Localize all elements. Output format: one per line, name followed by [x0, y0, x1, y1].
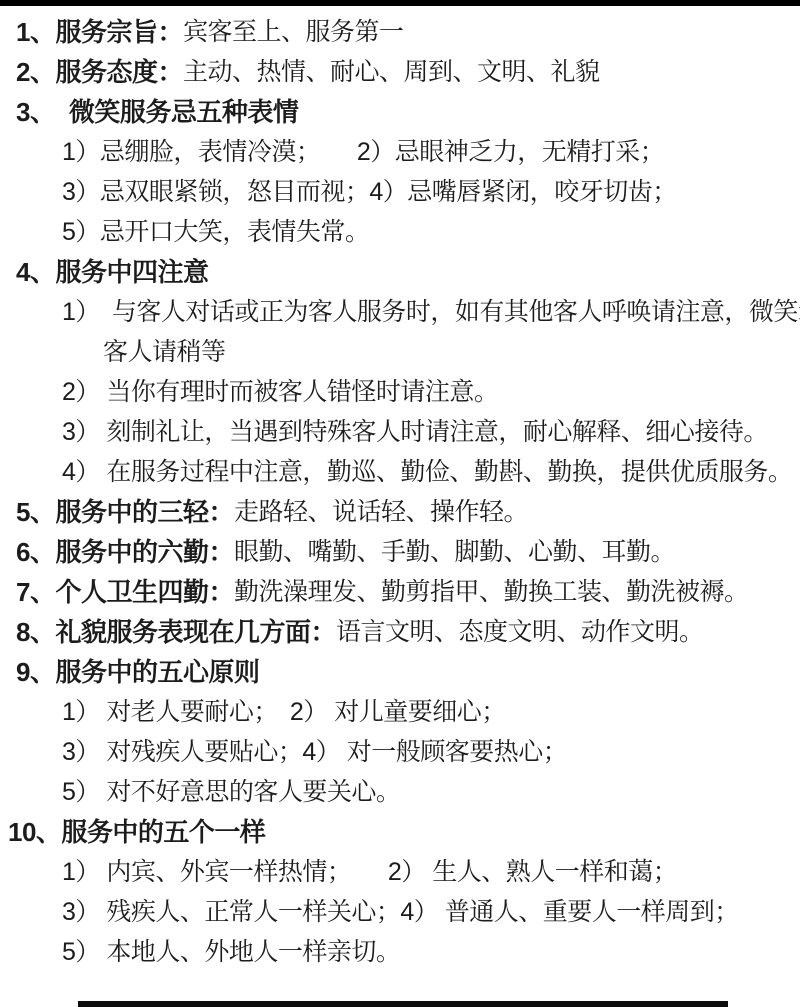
- list-item: 4、服务中四注意: [0, 250, 800, 290]
- cut-off-text-strip: [78, 1001, 728, 1007]
- item-heading-text: 7、个人卫生四勤：: [16, 572, 234, 609]
- item-heading-text: 9、服务中的五心原则: [16, 652, 259, 689]
- list-item: 10、服务中的五个一样: [0, 810, 800, 850]
- sub-item: 3） 刻制礼让，当遇到特殊客人时请注意，耐心解释、细心接待。: [0, 410, 800, 450]
- list-item: 3、 微笑服务忌五种表情: [0, 90, 800, 130]
- sub-item: 3） 对残疾人要贴心；4） 对一般顾客要热心；: [0, 730, 800, 770]
- item-heading-text: 10、服务中的五个一样: [8, 812, 265, 849]
- sub-item: 2） 当你有理时而被客人错怪时请注意。: [0, 370, 800, 410]
- item-body-text: 4） 在服务过程中注意，勤巡、勤俭、勤斟、勤换，提供优质服务。: [62, 452, 792, 488]
- item-body-text: 1） 对老人要耐心； 2） 对儿童要细心；: [62, 692, 506, 728]
- item-heading-text: 3、 微笑服务忌五种表情: [16, 92, 298, 129]
- item-body-text: 3）忌双眼紧锁，怒目而视；4）忌嘴唇紧闭，咬牙切齿；: [62, 172, 677, 208]
- sub-item: 5）忌开口大笑，表情失常。: [0, 210, 800, 250]
- sub-item: 1） 与客人对话或正为客人服务时，如有其他客人呼唤请注意，微笑示意，: [0, 290, 800, 330]
- item-body-text: 3） 刻制礼让，当遇到特殊客人时请注意，耐心解释、细心接待。: [62, 412, 768, 448]
- item-body-text: 1） 内宾、外宾一样热情； 2） 生人、熟人一样和蔼；: [62, 852, 677, 888]
- list-item: 5、服务中的三轻：走路轻、说话轻、操作轻。: [0, 490, 800, 530]
- sub-item: 4） 在服务过程中注意，勤巡、勤俭、勤斟、勤换，提供优质服务。: [0, 450, 800, 490]
- sub-item: 5） 本地人、外地人一样亲切。: [0, 930, 800, 970]
- item-body-text: 1）忌绷脸，表情冷漠； 2）忌眼神乏力，无精打采；: [62, 132, 664, 168]
- list-item: 6、服务中的六勤：眼勤、嘴勤、手勤、脚勤、心勤、耳勤。: [0, 530, 800, 570]
- item-body-text: 3） 残疾人、正常人一样关心；4） 普通人、重要人一样周到；: [62, 892, 739, 928]
- document-page: 1、服务宗旨：宾客至上、服务第一2、服务态度：主动、热情、耐心、周到、文明、礼貌…: [0, 0, 800, 1007]
- sub-item: 5） 对不好意思的客人要关心。: [0, 770, 800, 810]
- item-body-text: 眼勤、嘴勤、手勤、脚勤、心勤、耳勤。: [234, 532, 675, 568]
- item-body-text: 3） 对残疾人要贴心；4） 对一般顾客要热心；: [62, 732, 567, 768]
- sub-item: 客人请稍等: [0, 330, 800, 370]
- item-body-text: 语言文明、态度文明、动作文明。: [336, 612, 704, 648]
- sub-item: 3）忌双眼紧锁，怒目而视；4）忌嘴唇紧闭，咬牙切齿；: [0, 170, 800, 210]
- item-body-text: 5）忌开口大笑，表情失常。: [62, 212, 369, 248]
- item-body-text: 勤洗澡理发、勤剪指甲、勤换工装、勤洗被褥。: [234, 572, 749, 608]
- item-body-text: 2） 当你有理时而被客人错怪时请注意。: [62, 372, 498, 408]
- top-edge-bar: [0, 0, 800, 6]
- sub-item: 3） 残疾人、正常人一样关心；4） 普通人、重要人一样周到；: [0, 890, 800, 930]
- list-item: 1、服务宗旨：宾客至上、服务第一: [0, 10, 800, 50]
- item-body-text: 5） 本地人、外地人一样亲切。: [62, 932, 400, 968]
- item-heading-text: 1、服务宗旨：: [16, 12, 183, 49]
- item-heading-text: 8、礼貌服务表现在几方面：: [16, 612, 336, 649]
- item-heading-text: 5、服务中的三轻：: [16, 492, 234, 529]
- item-heading-text: 2、服务态度：: [16, 52, 183, 89]
- document-body: 1、服务宗旨：宾客至上、服务第一2、服务态度：主动、热情、耐心、周到、文明、礼貌…: [0, 10, 800, 970]
- item-body-text: 5） 对不好意思的客人要关心。: [62, 772, 400, 808]
- item-heading-text: 6、服务中的六勤：: [16, 532, 234, 569]
- item-body-text: 客人请稍等: [103, 332, 226, 368]
- list-item: 7、个人卫生四勤：勤洗澡理发、勤剪指甲、勤换工装、勤洗被褥。: [0, 570, 800, 610]
- sub-item: 1）忌绷脸，表情冷漠； 2）忌眼神乏力，无精打采；: [0, 130, 800, 170]
- item-heading-text: 4、服务中四注意: [16, 252, 208, 289]
- item-body-text: 1） 与客人对话或正为客人服务时，如有其他客人呼唤请注意，微笑示意，: [62, 292, 800, 328]
- item-body-text: 走路轻、说话轻、操作轻。: [234, 492, 528, 528]
- item-body-text: 宾客至上、服务第一: [183, 12, 404, 48]
- item-body-text: 主动、热情、耐心、周到、文明、礼貌: [183, 52, 600, 88]
- sub-item: 1） 内宾、外宾一样热情； 2） 生人、熟人一样和蔼；: [0, 850, 800, 890]
- list-item: 9、服务中的五心原则: [0, 650, 800, 690]
- list-item: 8、礼貌服务表现在几方面：语言文明、态度文明、动作文明。: [0, 610, 800, 650]
- list-item: 2、服务态度：主动、热情、耐心、周到、文明、礼貌: [0, 50, 800, 90]
- sub-item: 1） 对老人要耐心； 2） 对儿童要细心；: [0, 690, 800, 730]
